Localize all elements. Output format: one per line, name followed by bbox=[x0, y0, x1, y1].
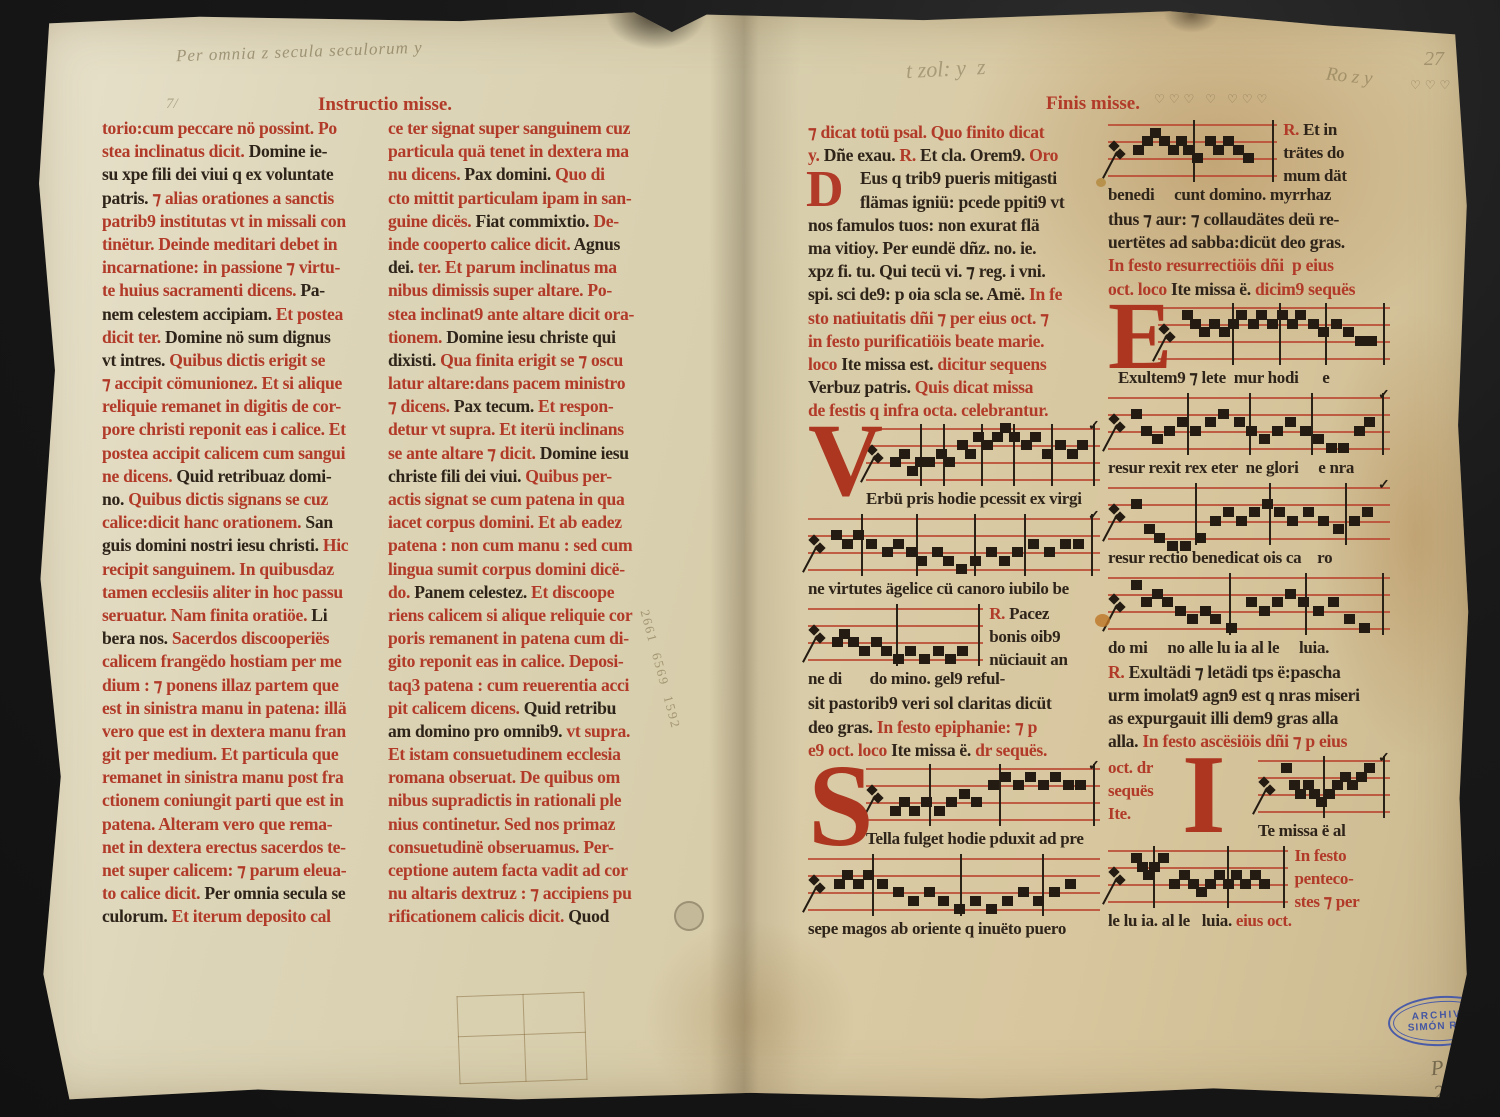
text-line: trätes do bbox=[1283, 141, 1390, 164]
custos-mark: ✓ bbox=[1378, 387, 1390, 404]
neume-note bbox=[1326, 443, 1337, 453]
text-run: tamen ecclesiis aliter in hoc passu bbox=[102, 582, 343, 602]
neume-note bbox=[1338, 443, 1349, 453]
neume-note bbox=[921, 797, 932, 807]
text-line: taq3 patena : cum reuerentia acci bbox=[388, 674, 670, 697]
neume-note bbox=[909, 806, 920, 816]
text-run: Li bbox=[311, 605, 327, 625]
text-run: In festo resurrectiöis dñi p eius bbox=[1108, 255, 1334, 275]
neume-note bbox=[1012, 547, 1023, 557]
text-run: Oro bbox=[1029, 145, 1058, 165]
staff-side-text: In festopenteco-stes ⁊ per bbox=[1294, 844, 1390, 913]
text-line: ⁊ accipit cömunionez. Et si alique bbox=[102, 372, 384, 395]
music-staff bbox=[1158, 307, 1390, 359]
text-run: R. bbox=[1283, 120, 1303, 139]
neume-note bbox=[970, 896, 981, 906]
text-run: R. bbox=[989, 604, 1009, 623]
neume-note bbox=[1065, 879, 1076, 889]
staff-bar-line bbox=[1283, 846, 1285, 908]
text-run: penteco- bbox=[1294, 869, 1353, 888]
text-run: deo gras. bbox=[808, 717, 877, 737]
neume-note bbox=[1149, 862, 1160, 872]
text-line: no. Quibus dictis signans se cuz bbox=[102, 488, 384, 511]
text-run: Et in bbox=[1303, 120, 1337, 139]
text-line: culorum. Et iterum deposito cal bbox=[102, 905, 384, 928]
text-run: In festo ascësiöis dñi ⁊ p eius bbox=[1142, 731, 1347, 751]
music-staff-block: ✓resur rexit rex eter ne glori e nra bbox=[1108, 391, 1390, 481]
neume-note bbox=[956, 564, 967, 574]
neume-note bbox=[971, 797, 982, 807]
text-run: calice:dicit hanc orationem. bbox=[102, 512, 305, 532]
photo-background: { "annotations": { "top_left": "Per omni… bbox=[0, 0, 1500, 1117]
staff-bar-line bbox=[1269, 483, 1271, 545]
neume-note bbox=[1274, 507, 1285, 517]
neume-note bbox=[1190, 426, 1201, 436]
text-run: guis domini nostri iesu christi. bbox=[102, 535, 323, 555]
text-run: patrib9 institutas vt in missali con bbox=[102, 211, 346, 231]
text-run: alla. bbox=[1108, 731, 1142, 751]
text-run: reliquie remanet in digitis de cor- bbox=[102, 396, 341, 416]
neume-note bbox=[1248, 319, 1259, 329]
music-staff: ✓ bbox=[1108, 397, 1390, 449]
neume-note bbox=[1259, 434, 1270, 444]
neume-note bbox=[982, 440, 993, 450]
staff-line bbox=[1108, 901, 1288, 903]
staff-bar-line bbox=[1024, 514, 1026, 576]
neume-note bbox=[871, 637, 882, 647]
neume-note bbox=[908, 896, 919, 906]
music-staff-block: ✓VErbü pris hodie pcessit ex virgi bbox=[808, 422, 1100, 512]
neume-note bbox=[1287, 516, 1298, 526]
neume-note bbox=[1158, 853, 1169, 863]
text-run: lingua sumit corpus domini dicë- bbox=[388, 559, 625, 579]
archive-stamp: ARCHIVO SIMÓN RUIZ bbox=[1387, 993, 1497, 1049]
neume-note bbox=[933, 646, 944, 656]
neume-note bbox=[859, 646, 870, 656]
staff-bar-line bbox=[1272, 120, 1274, 182]
staff-bar-line bbox=[861, 514, 863, 576]
text-run: dicim9 sequës bbox=[1255, 279, 1355, 299]
staff-bar-line bbox=[978, 604, 980, 666]
neume-note bbox=[1366, 336, 1377, 346]
staff-bar-line bbox=[929, 764, 931, 826]
text-line: patena. Alteram vero que rema- bbox=[102, 813, 384, 836]
neume-note bbox=[986, 547, 997, 557]
text-run: ⁊ dicat totü psal. Quo finito dicat bbox=[808, 122, 1044, 142]
staff-side-text: R. Et inträtes domum dät bbox=[1283, 118, 1390, 187]
text-run: nibus dimissis super altare. Po- bbox=[388, 280, 612, 300]
text-line: oct. dr bbox=[1108, 756, 1174, 779]
text-run: te huius sacramenti dicens. bbox=[102, 280, 300, 300]
music-staff-block: R. Et inträtes domum dätbenedi cunt domi… bbox=[1108, 118, 1390, 208]
handwritten-annotation-top-left: Per omnia z secula seculorum y bbox=[176, 38, 423, 67]
text-run: dicitur sequens bbox=[937, 354, 1046, 374]
neume-note bbox=[890, 457, 901, 467]
heart-doodles: ♡♡♡ ♡ ♡♡♡ bbox=[1154, 92, 1271, 107]
neume-note bbox=[893, 887, 904, 897]
neume-note bbox=[882, 547, 893, 557]
neume-note bbox=[1073, 539, 1084, 549]
neume-note bbox=[1050, 772, 1061, 782]
neume-note bbox=[1332, 780, 1343, 790]
staff-line bbox=[1108, 538, 1390, 540]
text-run: ne virtutes ägelice cü canoro iubilo be bbox=[808, 579, 1069, 598]
neume-note bbox=[848, 637, 859, 647]
text-run: culorum. bbox=[102, 906, 172, 926]
text-run: bera nos. bbox=[102, 628, 172, 648]
neume-note bbox=[1240, 879, 1251, 889]
staff-line bbox=[1108, 594, 1390, 596]
text-line: y. Dñe exau. R. Et cla. Orem9. Oro bbox=[808, 144, 1100, 167]
text-run: San bbox=[305, 512, 332, 532]
text-line: postea accipit calicem cum sangui bbox=[102, 442, 384, 465]
text-run: git per medium. Et particula que bbox=[102, 744, 338, 764]
text-line: detur vt supra. Et iterü inclinans bbox=[388, 418, 670, 441]
custos-mark: ✓ bbox=[1378, 477, 1390, 494]
custos-mark: ✓ bbox=[1378, 750, 1390, 767]
neume-note bbox=[999, 556, 1010, 566]
neume-note bbox=[1021, 440, 1032, 450]
neume-note bbox=[946, 797, 957, 807]
text-run: dei. bbox=[388, 257, 418, 277]
neume-note bbox=[1243, 153, 1254, 163]
text-line: tionem. Domine iesu christe qui bbox=[388, 326, 670, 349]
neume-note bbox=[1228, 319, 1239, 329]
text-run: nos famulos tuos: non exurat flä bbox=[808, 215, 1039, 235]
text-run: ceptione autem facta vadit ad cor bbox=[388, 860, 628, 880]
text-run: flämas igniü: pcede ppiti9 vt bbox=[860, 192, 1064, 212]
text-line: calice:dicit hanc orationem. San bbox=[102, 511, 384, 534]
text-line: nem celestem accipiam. Et postea bbox=[102, 303, 384, 326]
text-line: recipit sanguinem. In quibusdaz bbox=[102, 558, 384, 581]
text-run: sto natiuitatis dñi ⁊ per eius oct. ⁊ bbox=[808, 308, 1049, 328]
music-staff bbox=[1108, 577, 1390, 629]
neume-note bbox=[893, 539, 904, 549]
text-run: ctionem coniungit parti que est in bbox=[102, 790, 344, 810]
text-run: bonis oib9 bbox=[989, 627, 1060, 646]
neume-note bbox=[1210, 614, 1221, 624]
heart-doodles-small: ♡♡♡ bbox=[1410, 78, 1454, 93]
text-line: lingua sumit corpus domini dicë- bbox=[388, 558, 670, 581]
staff-side-text: R. Pacezbonis oib9nüciauit an bbox=[989, 602, 1100, 671]
text-run: to calice dicit. bbox=[102, 883, 204, 903]
text-run: stea inclinat9 ante altare dicit ora- bbox=[388, 304, 634, 324]
text-run: Panem celestez. bbox=[414, 582, 531, 602]
text-run: loco bbox=[808, 354, 841, 374]
staff-bar-line bbox=[1227, 846, 1229, 908]
neume-note bbox=[1287, 319, 1298, 329]
neume-note bbox=[924, 887, 935, 897]
staff-side-text: oct. drsequësIte. bbox=[1108, 756, 1174, 825]
music-staff: ✓ bbox=[1258, 760, 1390, 812]
text-line: dicit ter. Domine nö sum dignus bbox=[102, 326, 384, 349]
text-line: am domino pro omnib9. vt supra. bbox=[388, 720, 670, 743]
neume-note bbox=[1259, 879, 1270, 889]
text-line: Verbuz patris. Quis dicat missa bbox=[808, 376, 1100, 399]
music-staff-block: ✓Ioct. drsequësIte.Te missa ë al bbox=[1108, 754, 1390, 844]
text-run: net super calicem: ⁊ parum eleua- bbox=[102, 860, 346, 880]
text-run: do. bbox=[388, 582, 414, 602]
text-run: seruatur. Nam finita oratiöe. bbox=[102, 605, 311, 625]
neume-note bbox=[916, 556, 927, 566]
neume-note bbox=[1281, 763, 1292, 773]
neume-note bbox=[1272, 597, 1283, 607]
text-run: tinëtur. Deinde meditari debet in bbox=[102, 234, 337, 254]
text-line: riens calicem si alique reliquie cor bbox=[388, 604, 670, 627]
neume-note bbox=[1364, 417, 1375, 427]
neume-note bbox=[924, 457, 935, 467]
text-run: In festo bbox=[1294, 846, 1346, 865]
staff-bar-line bbox=[1345, 483, 1347, 545]
text-line: In festo bbox=[1294, 844, 1390, 867]
staff-line bbox=[866, 428, 1100, 430]
text-run: Pacez bbox=[1009, 604, 1049, 623]
text-line: spi. sci de9: p oia scla se. Amë. In fe bbox=[808, 283, 1100, 306]
neume-note bbox=[905, 646, 916, 656]
text-run: resur rectio benedicat ois ca ro bbox=[1108, 548, 1332, 567]
text-line: sto natiuitatis dñi ⁊ per eius oct. ⁊ bbox=[808, 307, 1100, 330]
neume-note bbox=[1205, 879, 1216, 889]
neume-note bbox=[842, 539, 853, 549]
text-line: Et istam consuetudinem ecclesia bbox=[388, 743, 670, 766]
lyric-line: sepe magos ab oriente q inuëto puero bbox=[808, 916, 1100, 942]
neume-note bbox=[831, 530, 842, 540]
text-line: vero que est in dextera manu fran bbox=[102, 720, 384, 743]
text-line: est in sinistra manu in patena: illä bbox=[102, 697, 384, 720]
neume-note bbox=[1177, 417, 1188, 427]
text-line: vt intres. Quibus dictis erigit se bbox=[102, 349, 384, 372]
text-run: Et cla. Orem9. bbox=[920, 145, 1029, 165]
music-staff: ✓ bbox=[808, 518, 1100, 570]
neume-note bbox=[881, 646, 892, 656]
neume-note bbox=[1234, 417, 1245, 427]
text-run: Ite missa est. bbox=[841, 354, 937, 374]
neume-note bbox=[959, 789, 970, 799]
text-run: patena : non cum manu : sed cum bbox=[388, 535, 632, 555]
music-staff-block: ✓ne virtutes ägelice cü canoro iubilo be bbox=[808, 512, 1100, 602]
staff-bar-line bbox=[974, 514, 976, 576]
neume-note bbox=[1195, 533, 1206, 543]
neume-note bbox=[1219, 327, 1230, 337]
neume-note bbox=[1359, 623, 1370, 633]
neume-note bbox=[1246, 597, 1257, 607]
text-line: as expurgauit illi dem9 gras alla bbox=[1108, 707, 1390, 730]
neume-note bbox=[1362, 507, 1373, 517]
neume-note bbox=[932, 547, 943, 557]
neume-note bbox=[1028, 539, 1039, 549]
text-line: ctionem coniungit parti que est in bbox=[102, 789, 384, 812]
neume-note bbox=[1333, 524, 1344, 534]
text-line: R. Pacez bbox=[989, 602, 1100, 625]
neume-note bbox=[853, 879, 864, 889]
text-run: xpz fi. tu. Qui tecü vi. ⁊ reg. i vni. bbox=[808, 261, 1045, 281]
neume-note bbox=[1152, 434, 1163, 444]
staff-line bbox=[1108, 867, 1288, 869]
music-staff-block: ✓STella fulget hodie pduxit ad pre bbox=[808, 762, 1100, 852]
text-run: le lu ia. al le luia. bbox=[1108, 911, 1236, 930]
text-line: R. Exultädi ⁊ letädi tps ë:pascha bbox=[1108, 661, 1390, 684]
neume-note bbox=[1343, 327, 1354, 337]
text-run: detur vt supra. Et iterü inclinans bbox=[388, 419, 624, 439]
neume-note bbox=[1009, 432, 1020, 442]
staff-initial: E bbox=[1108, 297, 1172, 376]
lyric-line: le lu ia. al le luia. eius oct. bbox=[1108, 908, 1390, 934]
text-line: patris. ⁊ alias orationes a sanctis bbox=[102, 187, 384, 210]
neume-note bbox=[1331, 319, 1342, 329]
text-run: Ite missa ë. bbox=[891, 740, 975, 760]
text-run: particula quä tenet in dextera ma bbox=[388, 141, 629, 161]
neume-note bbox=[1154, 533, 1165, 543]
text-run: Quod bbox=[568, 906, 609, 926]
text-line: DEus q trib9 pueris mitigasti bbox=[808, 167, 1100, 190]
text-run: remanet in sinistra manu post fra bbox=[102, 767, 343, 787]
neume-note bbox=[1318, 516, 1329, 526]
staff-bar-line bbox=[1323, 756, 1325, 818]
neume-note bbox=[1175, 606, 1186, 616]
text-run: est in sinistra manu in patena: illä bbox=[102, 698, 346, 718]
text-line: ma vitioy. Per eundë dñz. no. ie. bbox=[808, 237, 1100, 260]
neume-note bbox=[1187, 614, 1198, 624]
text-run: vt intres. bbox=[102, 350, 169, 370]
neume-note bbox=[1131, 499, 1142, 509]
neume-note bbox=[986, 904, 997, 914]
text-run: patena. Alteram vero que rema- bbox=[102, 814, 332, 834]
stain-dot bbox=[1096, 178, 1106, 187]
text-run: ⁊ dicens. bbox=[388, 396, 454, 416]
text-line: net in dextera erectus sacerdos te- bbox=[102, 836, 384, 859]
neume-note bbox=[1169, 879, 1180, 889]
text-line: patena : non cum manu : sed cum bbox=[388, 534, 670, 557]
text-line: su xpe fili dei viui q ex voluntate bbox=[102, 163, 384, 186]
text-line: nu altaris dextruz : ⁊ accipiens pu bbox=[388, 882, 670, 905]
text-line: alla. In festo ascësiöis dñi ⁊ p eius bbox=[1108, 730, 1390, 753]
text-line: tinëtur. Deinde meditari debet in bbox=[102, 233, 384, 256]
neume-note bbox=[866, 539, 877, 549]
neume-note bbox=[965, 449, 976, 459]
neume-note bbox=[1262, 499, 1273, 509]
staff-bar-line bbox=[1311, 393, 1313, 455]
neume-note bbox=[1272, 426, 1283, 436]
staff-line bbox=[1108, 611, 1390, 613]
staff-line bbox=[1108, 577, 1390, 579]
text-run: Et istam consuetudinem ecclesia bbox=[388, 744, 621, 764]
text-run: urm imolat9 agn9 est q nras miseri bbox=[1108, 685, 1360, 705]
neume-note bbox=[1063, 780, 1074, 790]
text-line: thus ⁊ aur: ⁊ collaudätes deü re- bbox=[1108, 208, 1390, 231]
text-run: Te missa ë al bbox=[1258, 821, 1346, 840]
pencil-grid-doodle bbox=[457, 992, 588, 1084]
text-run: Ite missa ë. bbox=[1171, 279, 1255, 299]
neume-note bbox=[1300, 426, 1311, 436]
lyric-line: ne di do mino. gel9 reful- bbox=[808, 666, 1100, 692]
text-run: nibus supradictis in rationali ple bbox=[388, 790, 621, 810]
staff-bar-line bbox=[920, 424, 922, 486]
text-run: net in dextera erectus sacerdos te- bbox=[102, 837, 346, 857]
neume-note bbox=[943, 556, 954, 566]
manuscript-spread: Per omnia z secula seculorum y 7/ t zol:… bbox=[26, 8, 1474, 1106]
neume-note bbox=[1162, 597, 1173, 607]
staff-bar-line bbox=[916, 514, 918, 576]
neume-note bbox=[1131, 409, 1142, 419]
text-line: nibus dimissis super altare. Po- bbox=[388, 279, 670, 302]
music-column-4: R. Et inträtes domum dätbenedi cunt domi… bbox=[1108, 118, 1390, 934]
text-line: penteco- bbox=[1294, 867, 1390, 890]
text-run: Sacerdos discooperiës bbox=[172, 628, 329, 648]
ink-smudge bbox=[674, 901, 704, 931]
neume-note bbox=[1303, 507, 1314, 517]
neume-note bbox=[1192, 153, 1203, 163]
text-run: thus ⁊ aur: ⁊ collaudätes deü re- bbox=[1108, 209, 1339, 229]
neume-note bbox=[1000, 772, 1011, 782]
text-run: vt supra. bbox=[566, 721, 630, 741]
neume-note bbox=[832, 637, 843, 647]
lyric-line: resur rexit rex eter ne glori e nra bbox=[1108, 455, 1390, 481]
neume-note bbox=[1210, 516, 1221, 526]
neume-note bbox=[1055, 440, 1066, 450]
text-run: Quibus per- bbox=[525, 466, 611, 486]
neume-note bbox=[1131, 580, 1142, 590]
staff-bar-line bbox=[1249, 393, 1251, 455]
text-line: in festo purificatiöis beate marie. bbox=[808, 330, 1100, 353]
text-run: su xpe fili dei viui q ex voluntate bbox=[102, 164, 333, 184]
text-run: incarnatione: in passione ⁊ virtu- bbox=[102, 257, 340, 277]
text-run: eius oct. bbox=[1236, 911, 1292, 930]
text-run: gito reponit eas in calice. Deposi- bbox=[388, 651, 623, 671]
text-run: ce ter signat super sanguinem cuz bbox=[388, 118, 630, 138]
text-run: pore christi reponit eas i calice. Et bbox=[102, 419, 346, 439]
text-line: pore christi reponit eas i calice. Et bbox=[102, 418, 384, 441]
text-run: ⁊ alias orationes a sanctis bbox=[152, 188, 333, 208]
text-run: torio:cum peccare nö possint. Po bbox=[102, 118, 337, 138]
music-staff: ✓ bbox=[866, 768, 1100, 820]
neume-note bbox=[1267, 319, 1278, 329]
text-line: gito reponit eas in calice. Deposi- bbox=[388, 650, 670, 673]
text-run: dr sequës. bbox=[975, 740, 1047, 760]
neume-note bbox=[1018, 887, 1029, 897]
text-run: uertëtes ad sabba:dicüt deo gras. bbox=[1108, 232, 1345, 252]
staff-line bbox=[1108, 521, 1390, 523]
text-run: christe fili dei viui. bbox=[388, 466, 525, 486]
neume-note bbox=[877, 879, 888, 889]
text-line: rificationem calicis dicit. Quod bbox=[388, 905, 670, 928]
neume-note bbox=[957, 646, 968, 656]
neume-note bbox=[1249, 507, 1260, 517]
text-run: ter. Et parum inclinatus ma bbox=[418, 257, 617, 277]
neume-note bbox=[1295, 310, 1306, 320]
staff-line bbox=[1108, 504, 1390, 506]
neume-note bbox=[834, 879, 845, 889]
text-run: Et iterum deposito cal bbox=[172, 906, 331, 926]
text-line: guis domini nostri iesu christi. Hic bbox=[102, 534, 384, 557]
text-run: Domine ie- bbox=[249, 141, 328, 161]
text-run: consuetudinë obseruamus. Per- bbox=[388, 837, 614, 857]
neume-note bbox=[1295, 789, 1306, 799]
text-run: patris. bbox=[102, 188, 152, 208]
text-run: Et discoope bbox=[531, 582, 614, 602]
handwritten-scribble-top-right: Ro z y bbox=[1325, 64, 1373, 91]
neume-note bbox=[842, 870, 853, 880]
text-run: Quibus dictis signans se cuz bbox=[128, 489, 328, 509]
stain-dot bbox=[1095, 614, 1110, 627]
text-line: pit calicem dicens. Quid retribu bbox=[388, 697, 670, 720]
text-run: nu dicens. bbox=[388, 164, 464, 184]
text-run: Erbü pris hodie pcessit ex virgi bbox=[866, 489, 1082, 508]
text-line: to calice dicit. Per omnia secula se bbox=[102, 882, 384, 905]
staff-bar-line bbox=[1383, 303, 1385, 365]
text-line: actis signat se cum patena in qua bbox=[388, 488, 670, 511]
neume-note bbox=[1196, 887, 1207, 897]
neume-note bbox=[1218, 409, 1229, 419]
